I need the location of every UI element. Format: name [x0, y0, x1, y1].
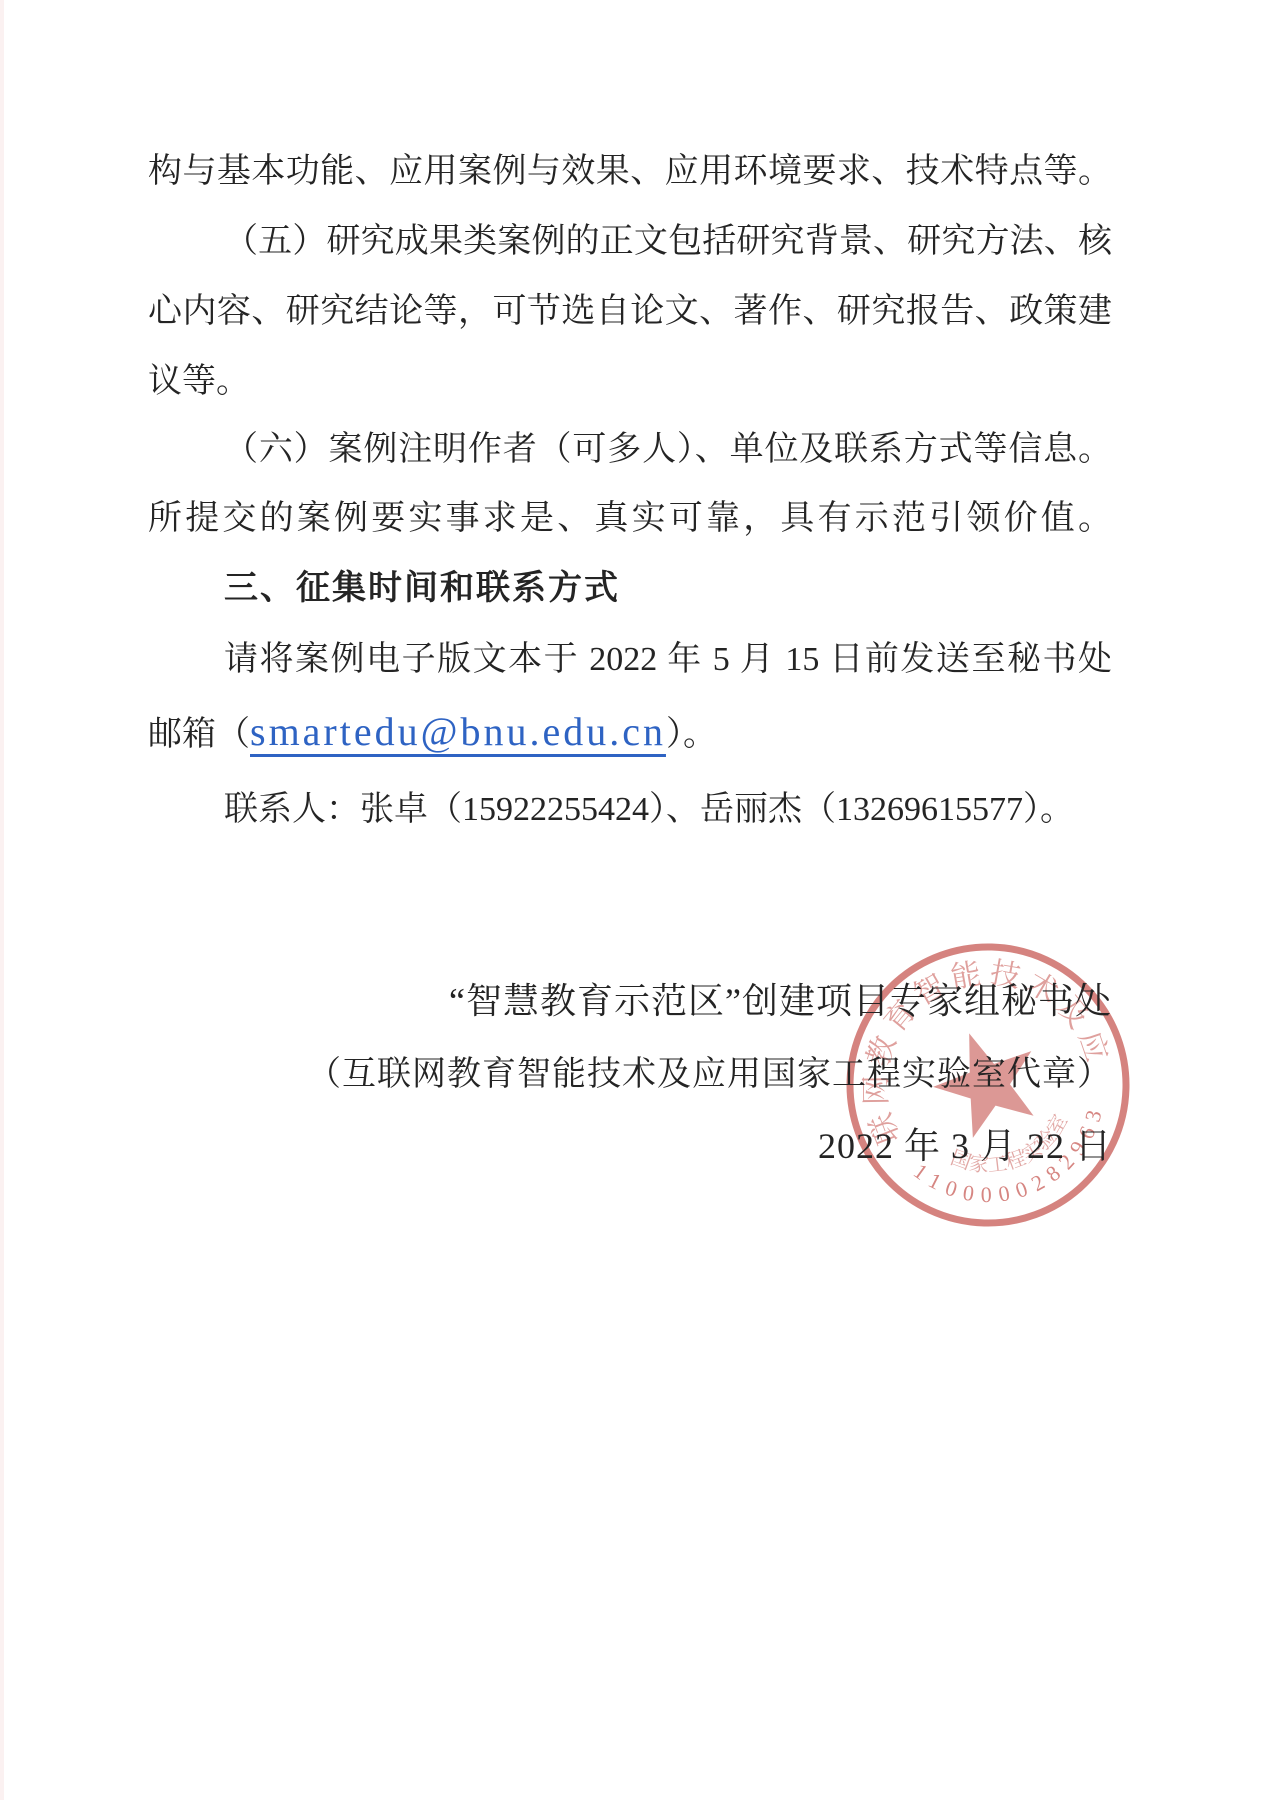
body-line: （六）案例注明作者（可多人）、单位及联系方式等信息。	[148, 428, 1112, 472]
signature-date: 2022 年 3 月 22 日	[148, 1118, 1112, 1169]
body-line: 构与基本功能、应用案例与效果、应用环境要求、技术特点等。	[148, 150, 1112, 194]
contact-line: 联系人：张卓（15922255424）、岳丽杰（13269615577）。	[148, 788, 1112, 832]
body-line: （五）研究成果类案例的正文包括研究背景、研究方法、核	[148, 220, 1112, 264]
body-line: 心内容、研究结论等，可节选自论文、著作、研究报告、政策建	[148, 290, 1112, 334]
section-heading: 三、征集时间和联系方式	[148, 566, 1112, 610]
scan-edge-artifact	[0, 0, 4, 1800]
email-suffix: ）。	[666, 716, 717, 753]
body-line: 所提交的案例要实事求是、真实可靠，具有示范引领价值。	[148, 497, 1112, 541]
document-page: 构与基本功能、应用案例与效果、应用环境要求、技术特点等。 （五）研究成果类案例的…	[0, 0, 1275, 1800]
deadline-line: 请将案例电子版文本于 2022 年 5 月 15 日前发送至秘书处	[148, 638, 1112, 682]
email-line: 邮箱（smartedu@bnu.edu.cn）。	[148, 706, 1112, 758]
email-link[interactable]: smartedu@bnu.edu.cn	[250, 709, 666, 754]
body-line: 议等。	[148, 360, 1112, 404]
email-prefix: 邮箱（	[148, 716, 250, 753]
signature-stamp-note: （互联网教育智能技术及应用国家工程实验室代章）	[148, 1046, 1112, 1095]
signature-org-line: “智慧教育示范区”创建项目专家组秘书处	[148, 973, 1112, 1024]
